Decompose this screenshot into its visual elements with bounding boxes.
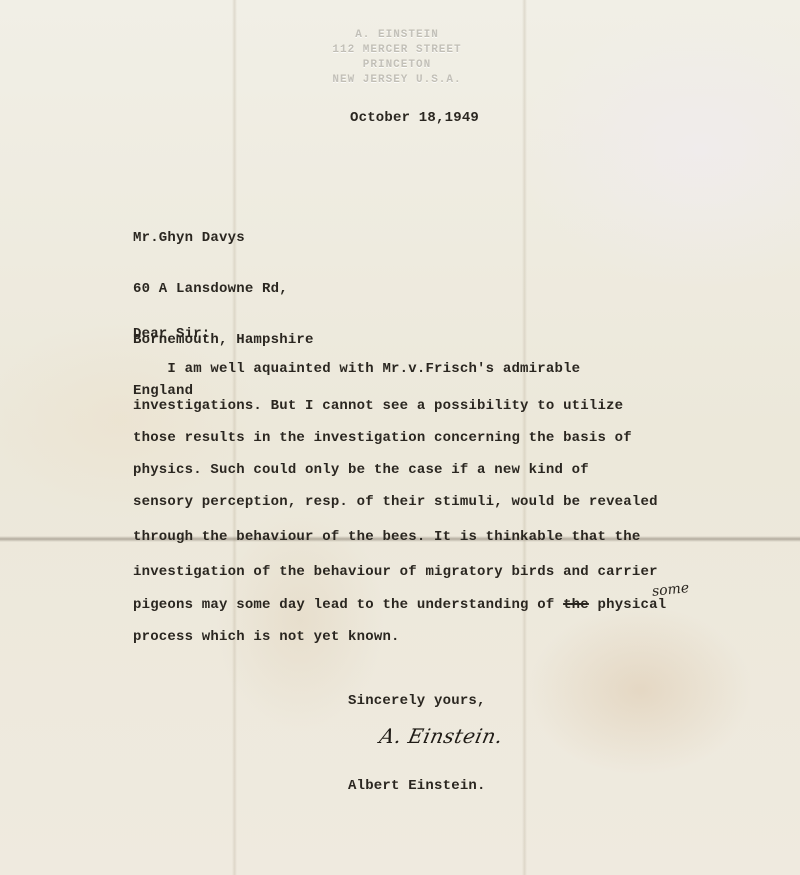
letterhead-line: 112 MERCER STREET xyxy=(312,43,482,58)
struck-word: the xyxy=(563,597,589,613)
recipient-address: Mr.Ghyn Davys 60 A Lansdowne Rd, Bornemo… xyxy=(133,196,314,417)
body-line: through the behaviour of the bees. It is… xyxy=(133,529,640,545)
body-line-with-correction: pigeons may some day lead to the underst… xyxy=(133,597,666,613)
recipient-name: Mr.Ghyn Davys xyxy=(133,230,314,247)
letterhead-line: A. EINSTEIN xyxy=(312,28,482,43)
embossed-letterhead: A. EINSTEIN 112 MERCER STREET PRINCETON … xyxy=(312,28,482,88)
body-line: I am well aquainted with Mr.v.Frisch's a… xyxy=(133,361,580,377)
salutation: Dear Sir: xyxy=(133,326,210,342)
body-line: those results in the investigation conce… xyxy=(133,430,632,446)
letter-date: October 18,1949 xyxy=(350,110,479,126)
body-line: investigation of the behaviour of migrat… xyxy=(133,564,658,580)
recipient-street: 60 A Lansdowne Rd, xyxy=(133,281,314,298)
line-prefix: pigeons may some day lead to the underst… xyxy=(133,597,563,613)
body-line: physics. Such could only be the case if … xyxy=(133,462,589,478)
letterhead-line: PRINCETON xyxy=(312,58,482,73)
body-line: process which is not yet known. xyxy=(133,629,400,645)
body-line: sensory perception, resp. of their stimu… xyxy=(133,494,658,510)
letterhead-line: NEW JERSEY U.S.A. xyxy=(312,73,482,88)
closing: Sincerely yours, xyxy=(348,693,486,709)
typed-signature-name: Albert Einstein. xyxy=(348,778,486,794)
handwritten-signature: A. Einstein. xyxy=(377,724,505,748)
body-line: investigations. But I cannot see a possi… xyxy=(133,398,623,414)
